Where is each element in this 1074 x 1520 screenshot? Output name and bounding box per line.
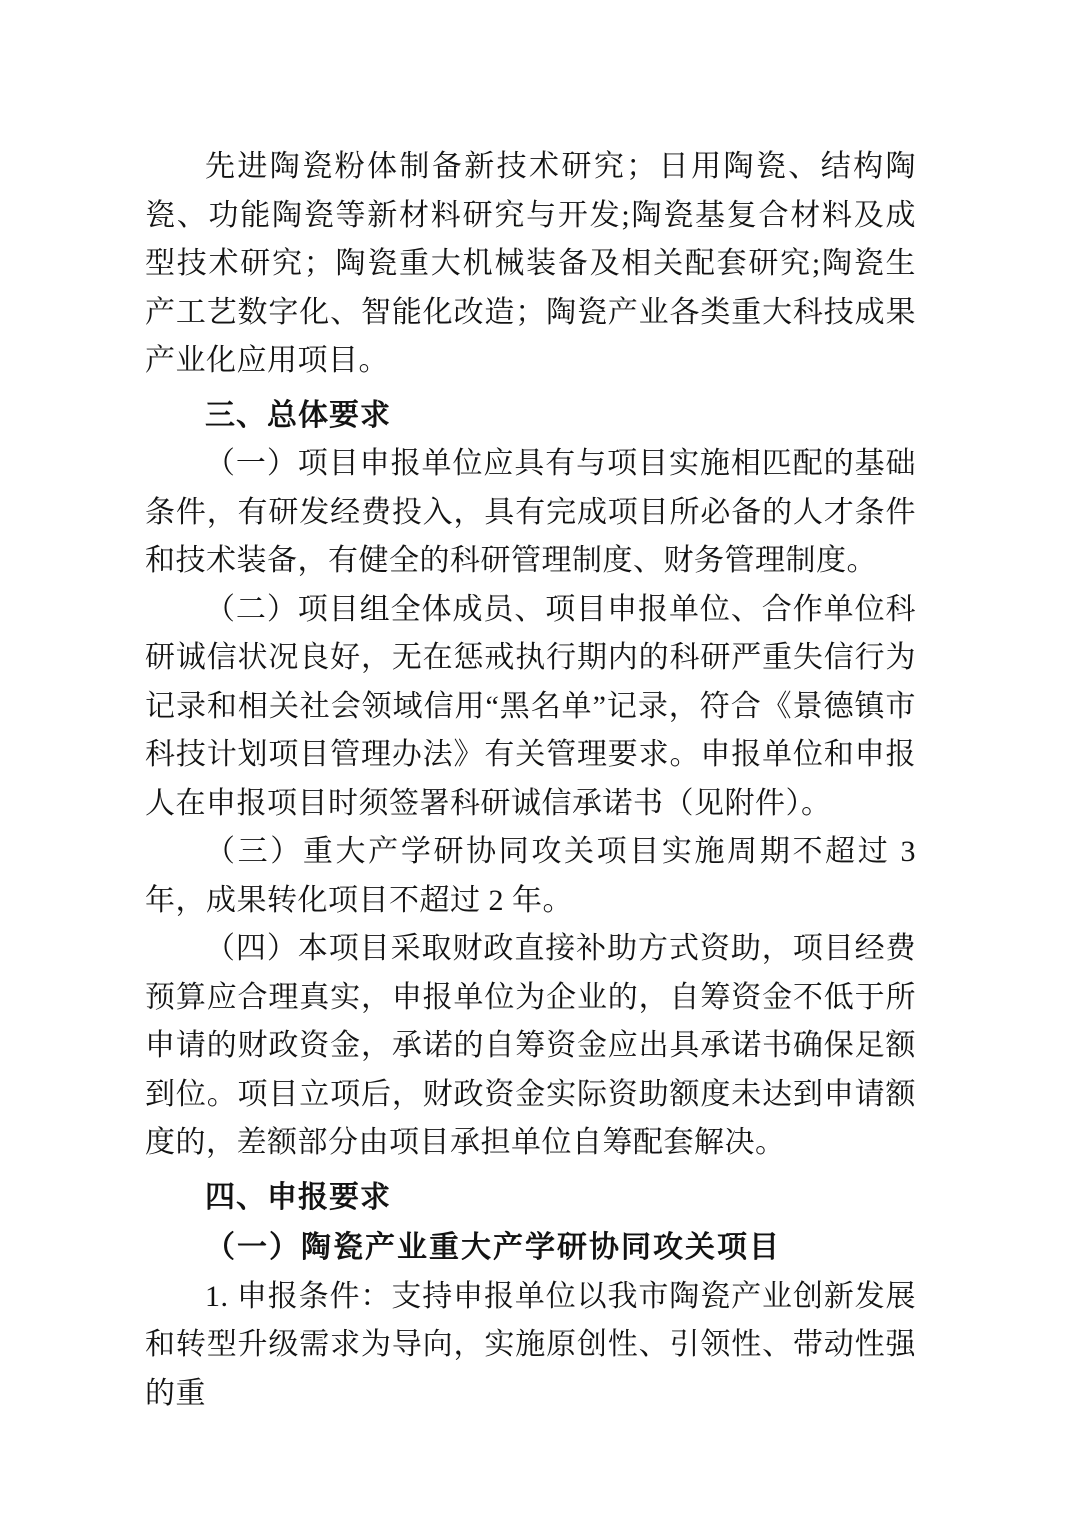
para-requirement-4: （四）本项目采取财政直接补助方式资助，项目经费预算应合理真实，申报单位为企业的，… (145, 925, 916, 1168)
para-application-conditions: 1. 申报条件：支持申报单位以我市陶瓷产业创新发展和转型升级需求为导向，实施原创… (145, 1273, 916, 1419)
heading-application-requirements: 四、申报要求 (145, 1174, 916, 1223)
para-requirement-2: （二）项目组全体成员、项目申报单位、合作单位科研诚信状况良好，无在惩戒执行期内的… (145, 586, 916, 829)
document-text-area: 先进陶瓷粉体制备新技术研究；日用陶瓷、结构陶瓷、功能陶瓷等新材料研究与开发;陶瓷… (145, 143, 916, 1418)
subheading-ceramic-major-project: （一）陶瓷产业重大产学研协同攻关项目 (145, 1224, 916, 1273)
document-page: 先进陶瓷粉体制备新技术研究；日用陶瓷、结构陶瓷、功能陶瓷等新材料研究与开发;陶瓷… (0, 0, 1074, 1520)
para-project-scope-continued: 先进陶瓷粉体制备新技术研究；日用陶瓷、结构陶瓷、功能陶瓷等新材料研究与开发;陶瓷… (145, 143, 916, 386)
heading-overall-requirements: 三、总体要求 (145, 392, 916, 441)
para-requirement-3: （三）重大产学研协同攻关项目实施周期不超过 3 年，成果转化项目不超过 2 年。 (145, 828, 916, 925)
para-requirement-1: （一）项目申报单位应具有与项目实施相匹配的基础条件，有研发经费投入，具有完成项目… (145, 440, 916, 586)
